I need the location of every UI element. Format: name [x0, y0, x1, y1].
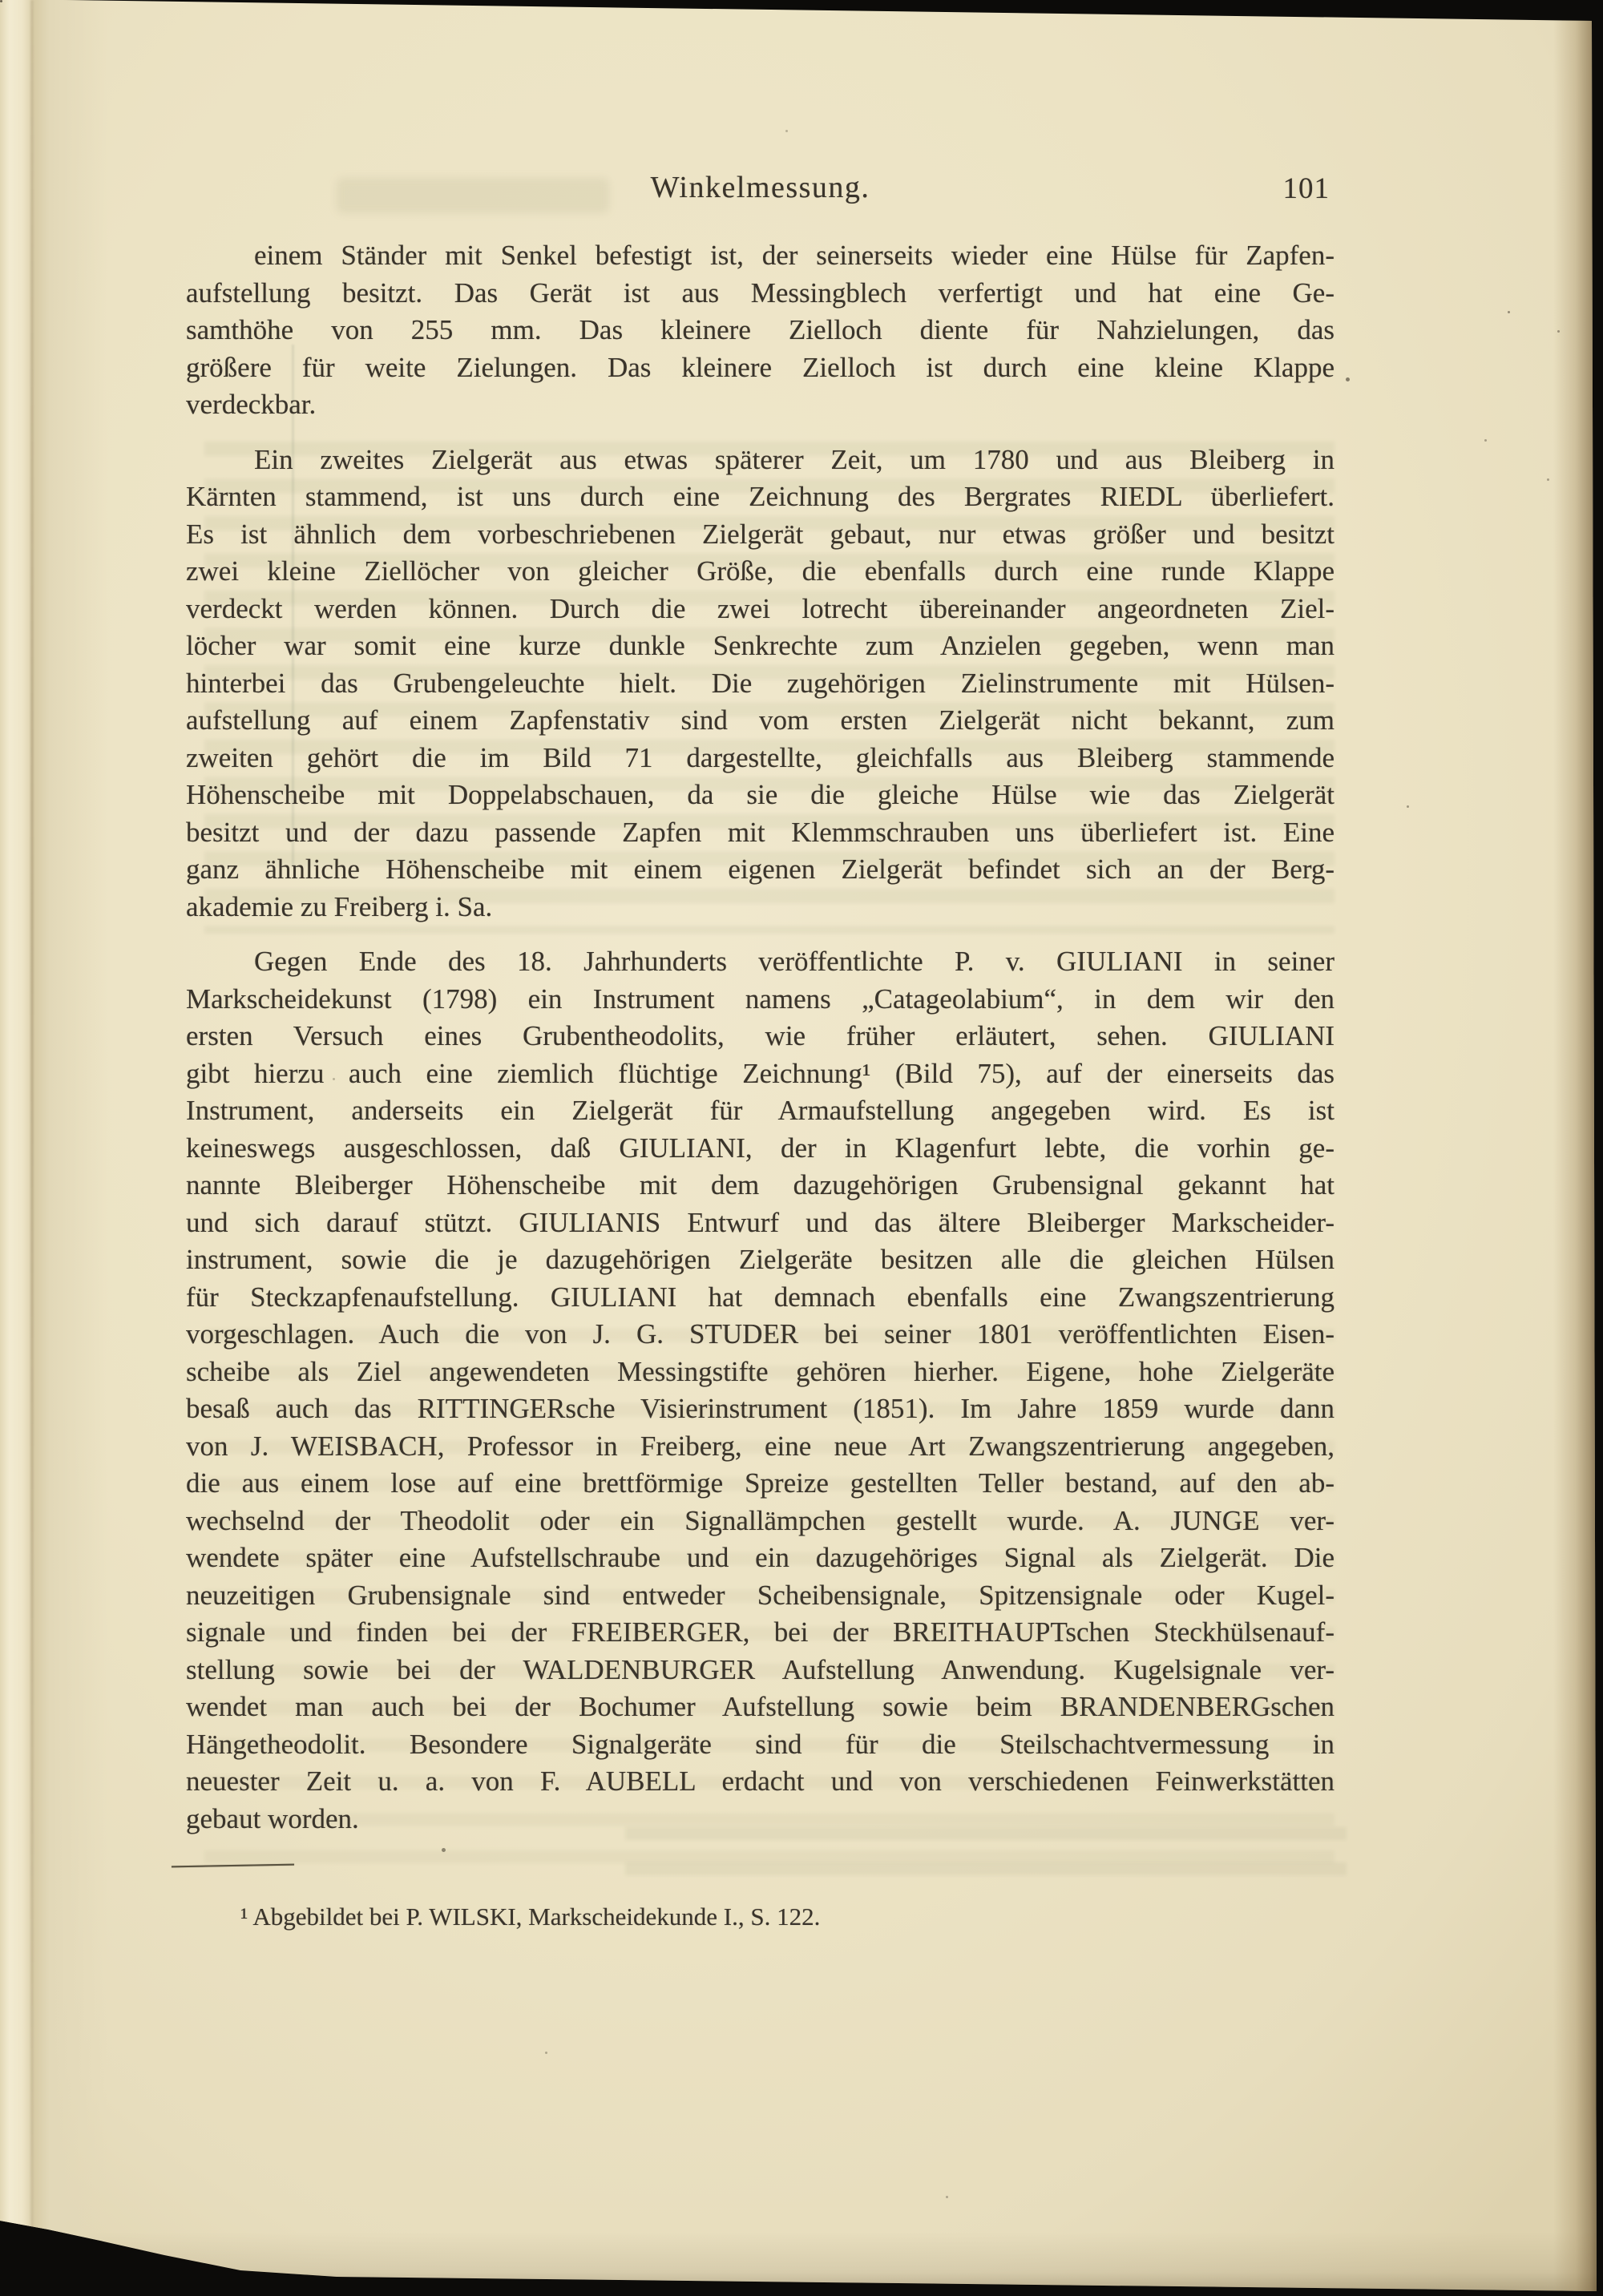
gutter-crease	[30, 0, 34, 2296]
text-line: signale und finden bei der FREIBERGER, b…	[186, 1614, 1334, 1652]
text-line: für Steckzapfenaufstellung. GIULIANI hat…	[186, 1279, 1334, 1317]
paragraph: Ein zweites Zielgerät aus etwas späterer…	[186, 442, 1334, 926]
text-line: zweiten gehört die im Bild 71 dargestell…	[186, 740, 1334, 777]
text-line: Markscheidekunst (1798) ein Instrument n…	[186, 981, 1334, 1019]
text-line: verdeckbar.	[186, 386, 1334, 424]
text-line: ganz ähnliche Höhenscheibe mit einem eig…	[186, 851, 1334, 889]
text-line: stellung sowie bei der WALDENBURGER Aufs…	[186, 1652, 1334, 1689]
text-line: Gegen Ende des 18. Jahrhunderts veröffen…	[186, 943, 1334, 981]
book-page: Winkelmessung. 101 einem Ständer mit Sen…	[0, 0, 1603, 2296]
text-line: keineswegs ausgeschlossen, daß GIULIANI,…	[186, 1130, 1334, 1168]
text-line: Kärnten stammend, ist uns durch eine Zei…	[186, 478, 1334, 516]
text-line: löcher war somit eine kurze dunkle Senkr…	[186, 627, 1334, 665]
text-line: gibt hierzu auch eine ziemlich flüchtige…	[186, 1055, 1334, 1093]
text-line: hinterbei das Grubengeleuchte hielt. Die…	[186, 665, 1334, 703]
dust-specks	[0, 0, 2, 2]
text-line: neuester Zeit u. a. von F. AUBELL erdach…	[186, 1763, 1334, 1801]
text-line: Höhenscheibe mit Doppelabschauen, da sie…	[186, 777, 1334, 814]
text-line: instrument, sowie die je dazugehörigen Z…	[186, 1241, 1334, 1279]
text-line: Hängetheodolit. Besondere Signalgeräte s…	[186, 1726, 1334, 1764]
text-line: Es ist ähnlich dem vorbeschriebenen Ziel…	[186, 516, 1334, 554]
text-line: einem Ständer mit Senkel befestigt ist, …	[186, 237, 1334, 275]
text-line: von J. WEISBACH, Professor in Freiberg, …	[186, 1428, 1334, 1466]
text-line: aufstellung besitzt. Das Gerät ist aus M…	[186, 275, 1334, 313]
text-line: verdeckt werden können. Durch die zwei l…	[186, 591, 1334, 628]
running-header: Winkelmessung. 101	[186, 170, 1334, 207]
text-line: neuzeitigen Grubensignale sind entweder …	[186, 1577, 1334, 1615]
text-line: akademie zu Freiberg i. Sa.	[186, 889, 1334, 926]
text-line: vorgeschlagen. Auch die von J. G. STUDER…	[186, 1316, 1334, 1354]
text-line: besitzt und der dazu passende Zapfen mit…	[186, 814, 1334, 852]
footnote-rule	[172, 1864, 294, 1868]
paragraph: Gegen Ende des 18. Jahrhunderts veröffen…	[186, 943, 1334, 1838]
text-line: besaß auch das RITTINGERsche Visierinstr…	[186, 1390, 1334, 1428]
text-line: ersten Versuch eines Grubentheodolits, w…	[186, 1018, 1334, 1055]
paragraph: einem Ständer mit Senkel befestigt ist, …	[186, 237, 1334, 424]
footnote: ¹ Abgebildet bei P. WILSKI, Markscheidek…	[186, 1901, 1334, 1933]
scanner-background: { "document": { "running_header": { "tit…	[0, 0, 1603, 2296]
text-line: aufstellung auf einem Zapfenstativ sind …	[186, 702, 1334, 740]
text-line: scheibe als Ziel angewendeten Messingsti…	[186, 1354, 1334, 1391]
text-line: zwei kleine Ziellöcher von gleicher Größ…	[186, 553, 1334, 591]
text-line: Instrument, anderseits ein Zielgerät für…	[186, 1092, 1334, 1130]
text-line: wendete später eine Aufstellschraube und…	[186, 1539, 1334, 1577]
page-title: Winkelmessung.	[186, 170, 1334, 205]
text-line: die aus einem lose auf eine brettförmige…	[186, 1465, 1334, 1503]
text-line: nannte Bleiberger Höhenscheibe mit dem d…	[186, 1167, 1334, 1204]
text-line: wendet man auch bei der Bochumer Aufstel…	[186, 1689, 1334, 1726]
text-line: samthöhe von 255 mm. Das kleinere Ziello…	[186, 312, 1334, 349]
page-number: 101	[1283, 171, 1330, 207]
text-line: und sich darauf stützt. GIULIANIS Entwur…	[186, 1204, 1334, 1242]
text-line: gebaut worden.	[186, 1801, 1334, 1838]
text-line: Ein zweites Zielgerät aus etwas späterer…	[186, 442, 1334, 479]
text-line: größere für weite Zielungen. Das kleiner…	[186, 349, 1334, 387]
text-line: wechselnd der Theodolit oder ein Signall…	[186, 1503, 1334, 1540]
body-text: einem Ständer mit Senkel befestigt ist, …	[186, 237, 1334, 1838]
